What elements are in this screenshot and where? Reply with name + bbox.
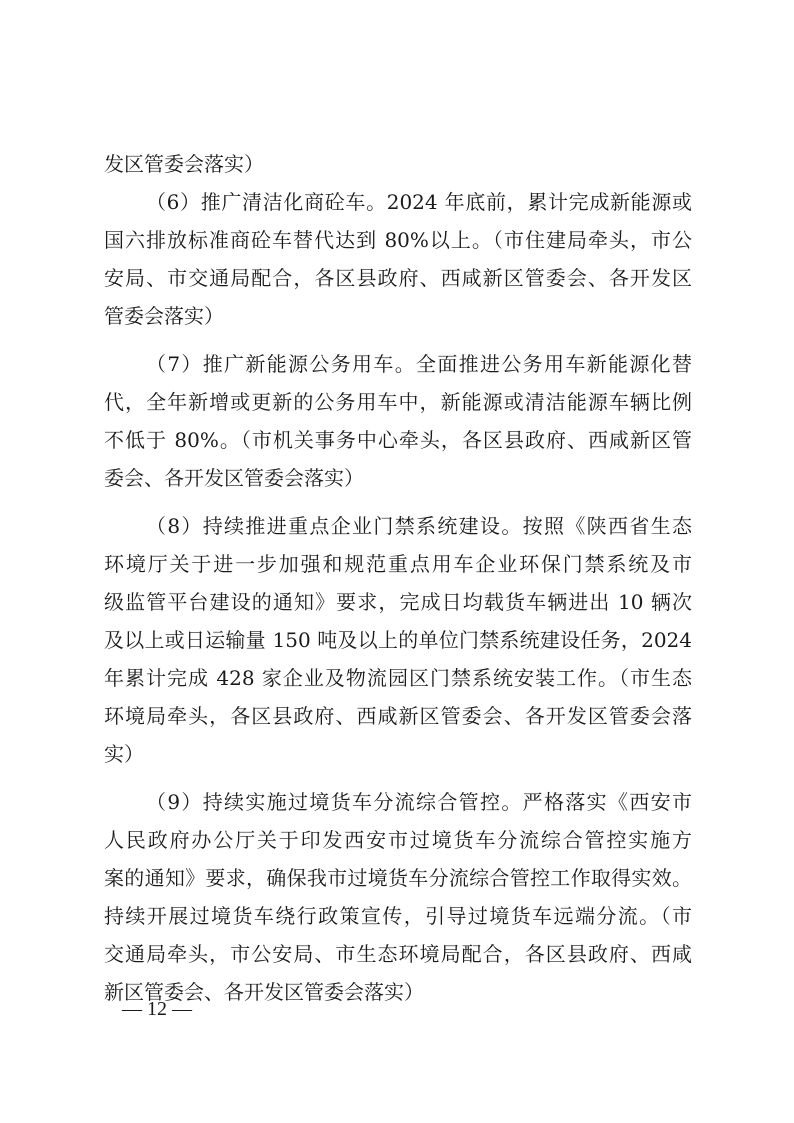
item-9-line: 交通局牵头，市公安局、市生态环境局配合，各区县政府、西咸 [104,935,692,973]
item-9-line: 人民政府办公厅关于印发西安市过境货车分流综合管控实施方 [104,821,692,859]
item-8-line: 环境局牵头，各区县政府、西咸新区管委会、各开发区管委会落 [104,697,692,735]
item-6-heading-line: （6）推广清洁化商砼车。2024 年底前，累计完成新能源或 [146,183,692,221]
item-9-line: 新区管委会、各开发区管委会落实） [104,973,692,1011]
item-9-line: 案的通知》要求，确保我市过境货车分流综合管控工作取得实效。 [104,859,692,897]
item-8-line: 环境厅关于进一步加强和规范重点用车企业环保门禁系统及市 [104,545,692,583]
item-7-line: 委会、各开发区管委会落实） [104,459,692,497]
item-7-heading-line: （7）推广新能源公务用车。全面推进公务用车新能源化替 [146,345,692,383]
item-8-heading-line: （8）持续推进重点企业门禁系统建设。按照《陕西省生态 [146,507,692,545]
item-8-line: 实） [104,735,692,773]
document-page: 发区管委会落实） （6）推广清洁化商砼车。2024 年底前，累计完成新能源或 国… [0,0,794,1123]
item-6-line: 国六排放标准商砼车替代达到 80%以上。（市住建局牵头，市公 [104,221,692,259]
item-8-line: 年累计完成 428 家企业及物流园区门禁系统安装工作。（市生态 [104,659,692,697]
item-6-line: 安局、市交通局配合，各区县政府、西咸新区管委会、各开发区 [104,259,692,297]
item-8-line: 级监管平台建设的通知》要求，完成日均载货车辆进出 10 辆次 [104,583,692,621]
page-number: — 12 — [122,995,192,1023]
text-line-continuation: 发区管委会落实） [104,145,692,183]
item-7-line: 代，全年新增或更新的公务用车中，新能源或清洁能源车辆比例 [104,383,692,421]
item-6-line: 管委会落实） [104,297,692,335]
item-9-line: 持续开展过境货车绕行政策宣传，引导过境货车远端分流。（市 [104,897,692,935]
item-8-line: 及以上或日运输量 150 吨及以上的单位门禁系统建设任务，2024 [104,621,692,659]
item-7-line: 不低于 80%。（市机关事务中心牵头，各区县政府、西咸新区管 [104,421,692,459]
item-9-heading-line: （9）持续实施过境货车分流综合管控。严格落实《西安市 [146,783,692,821]
